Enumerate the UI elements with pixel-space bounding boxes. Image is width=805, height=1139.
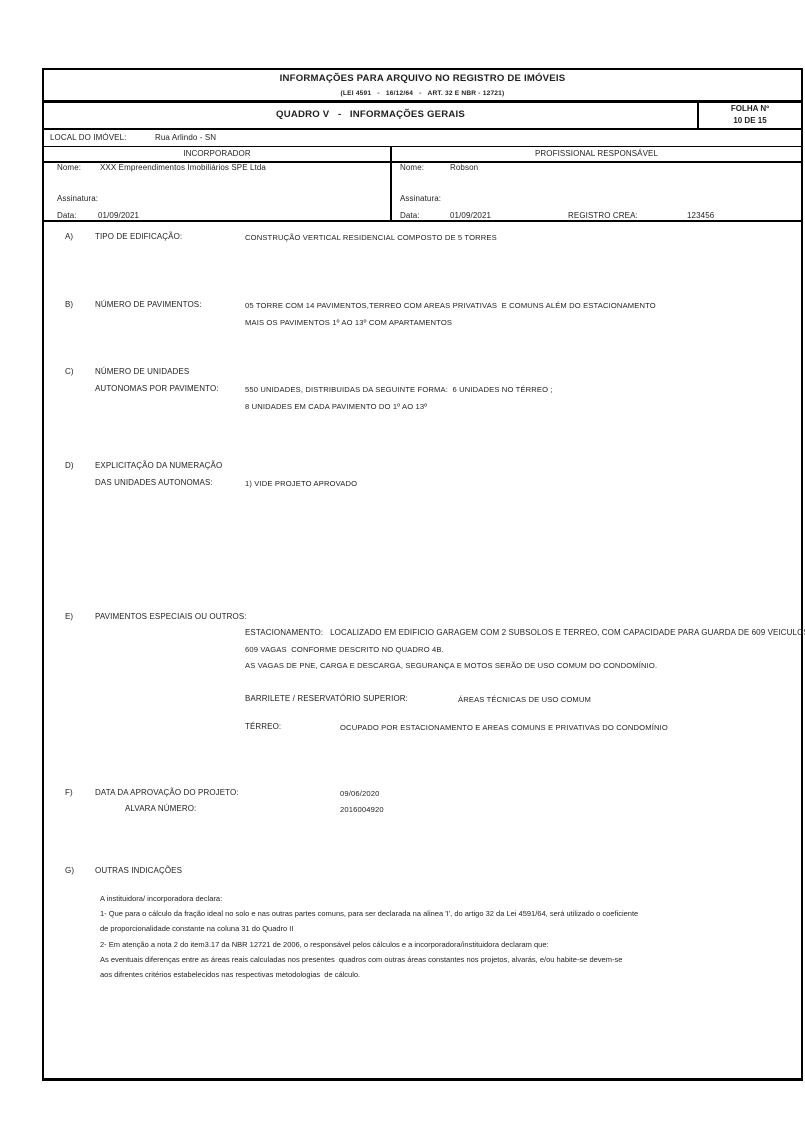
- incorporador-data-label: Data:: [57, 211, 77, 221]
- item-c-value-line1: 550 UNIDADES, DISTRIBUIDAS DA SEGUINTE F…: [245, 385, 553, 394]
- item-g-paragraph-6: aos difrentes critérios estabelecidos na…: [100, 970, 360, 979]
- item-d-label-line2: DAS UNIDADES AUTONOMAS:: [95, 478, 213, 488]
- item-e-barrilete-label: BARRILETE / RESERVATÓRIO SUPERIOR:: [245, 694, 408, 704]
- form-title: INFORMAÇÕES PARA ARQUIVO NO REGISTRO DE …: [44, 73, 801, 85]
- item-f-value-line2: 2016004920: [340, 805, 384, 814]
- item-b-value-line1: 05 TORRE COM 14 PAVIMENTOS,TERREO COM AR…: [245, 301, 656, 310]
- item-e-estacionamento-line2: 609 VAGAS CONFORME DESCRITO NO QUADRO 4B…: [245, 645, 444, 654]
- incorporador-assinatura-label: Assinatura:: [57, 194, 98, 204]
- item-f-label-line2: ALVARA NÚMERO:: [125, 804, 196, 814]
- item-e-label: PAVIMENTOS ESPECIAIS OU OUTROS:: [95, 612, 247, 622]
- item-d-letter: D): [65, 461, 74, 471]
- item-e-terreo-label: TÉRREO:: [245, 722, 281, 732]
- item-a-letter: A): [65, 232, 73, 242]
- incorporador-data-value: 01/09/2021: [98, 211, 139, 221]
- item-c-value-line2: 8 UNIDADES EM CADA PAVIMENTO DO 1º AO 13…: [245, 402, 427, 411]
- item-b-value-line2: MAIS OS PAVIMENTOS 1º AO 13º COM APARTAM…: [245, 318, 452, 327]
- profissional-header: PROFISSIONAL RESPONSÁVEL: [392, 149, 801, 159]
- item-c-label-line1: NÚMERO DE UNIDADES: [95, 367, 189, 377]
- item-c-letter: C): [65, 367, 74, 377]
- item-c-label-line2: AUTONOMAS POR PAVIMENTO:: [95, 384, 219, 394]
- form-subtitle: (LEI 4591 - 16/12/64 - ART. 32 E NBR - 1…: [44, 90, 801, 98]
- quadro-row-divider: [42, 128, 803, 130]
- incorporador-nome-value: XXX Empreendimentos Imobiliários SPE Ltd…: [100, 163, 266, 173]
- local-row-divider: [42, 146, 803, 147]
- item-e-estacionamento-line3: AS VAGAS DE PNE, CARGA E DESCARGA, SEGUR…: [245, 661, 657, 670]
- item-g-paragraph-3: de proporcionalidade constante na coluna…: [100, 924, 293, 933]
- item-g-paragraph-4: 2- Em atenção a nota 2 do item3.17 da NB…: [100, 940, 549, 949]
- incorporador-header: INCORPORADOR: [44, 149, 390, 159]
- registro-crea-value: 123456: [687, 211, 714, 221]
- registry-form-page: INFORMAÇÕES PARA ARQUIVO NO REGISTRO DE …: [0, 0, 805, 1139]
- item-a-label: TIPO DE EDIFICAÇÃO:: [95, 232, 182, 242]
- item-g-letter: G): [65, 866, 74, 876]
- item-g-label: OUTRAS INDICAÇÕES: [95, 866, 182, 876]
- local-label: LOCAL DO IMÓVEL:: [50, 133, 126, 143]
- incorporador-nome-label: Nome:: [57, 163, 81, 173]
- item-b-letter: B): [65, 300, 73, 310]
- item-b-label: NÚMERO DE PAVIMENTOS:: [95, 300, 202, 310]
- folha-label: FOLHA Nº: [699, 104, 801, 114]
- item-f-label-line1: DATA DA APROVAÇÃO DO PROJETO:: [95, 788, 239, 798]
- local-value: Rua Arlindo - SN: [155, 133, 216, 143]
- item-a-value: CONSTRUÇÃO VERTICAL RESIDENCIAL COMPOSTO…: [245, 233, 497, 242]
- quadro-title: QUADRO V - INFORMAÇÕES GERAIS: [44, 109, 697, 121]
- profissional-nome-label: Nome:: [400, 163, 424, 173]
- item-e-barrilete-value: ÁREAS TÉCNICAS DE USO COMUM: [458, 695, 591, 704]
- item-g-paragraph-5: As eventuais diferenças entre as áreas r…: [100, 955, 622, 964]
- item-e-terreo-value: OCUPADO POR ESTACIONAMENTO E AREAS COMUN…: [340, 723, 668, 732]
- item-e-letter: E): [65, 612, 73, 622]
- item-d-value: 1) VIDE PROJETO APROVADO: [245, 479, 357, 488]
- item-d-label-line1: EXPLICITAÇÃO DA NUMERAÇÃO: [95, 461, 222, 471]
- profissional-nome-value: Robson: [450, 163, 478, 173]
- profissional-data-value: 01/09/2021: [450, 211, 491, 221]
- item-f-letter: F): [65, 788, 73, 798]
- item-g-paragraph-1: A instituidora/ incorporadora declara:: [100, 894, 222, 903]
- registro-crea-label: REGISTRO CREA:: [568, 211, 638, 221]
- item-g-paragraph-2: 1- Que para o cálculo da fração ideal no…: [100, 909, 638, 918]
- item-e-estacionamento-line1: ESTACIONAMENTO: LOCALIZADO EM EDIFICIO G…: [245, 628, 805, 638]
- profissional-assinatura-label: Assinatura:: [400, 194, 441, 204]
- item-f-value-line1: 09/06/2020: [340, 789, 380, 798]
- header-divider: [42, 100, 803, 103]
- profissional-data-label: Data:: [400, 211, 420, 221]
- folha-number: 10 DE 15: [699, 116, 801, 126]
